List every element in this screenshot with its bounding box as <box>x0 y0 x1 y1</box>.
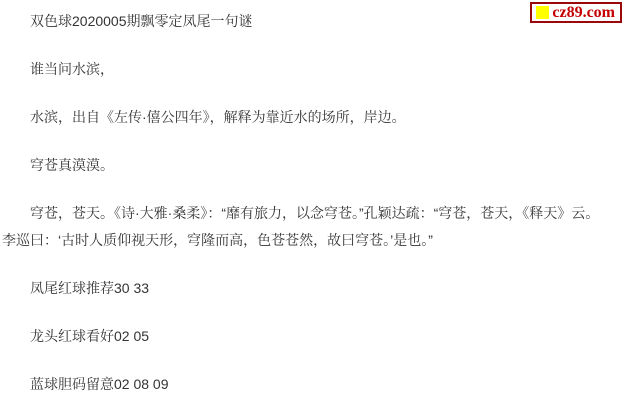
explanation-qiongcang: 穹苍，苍天。《诗·大雅·桑柔》：“靡有旅力，以念穹苍。”孔颖达疏：“穹苍，苍天，… <box>2 200 612 254</box>
riddle-line-1: 谁当问水滨， <box>2 56 612 83</box>
blue-ball-recommendation: 蓝球胆码留意02 08 09 <box>2 371 612 398</box>
riddle-line-2: 穹苍真漠漠。 <box>2 152 612 179</box>
article-page: cz89.com 双色球2020005期飘零定凤尾一句谜 谁当问水滨， 水滨，出… <box>0 0 623 411</box>
longtou-red-ball-recommendation: 龙头红球看好02 05 <box>2 323 612 350</box>
site-logo-text: cz89.com <box>552 4 615 21</box>
yellow-square-icon <box>536 6 549 19</box>
page-title: 双色球2020005期飘零定凤尾一句谜 <box>2 8 612 35</box>
fengwei-red-ball-recommendation: 凤尾红球推荐30 33 <box>2 275 612 302</box>
explanation-shuibin: 水滨，出自《左传·僖公四年》，解释为靠近水的场所，岸边。 <box>2 104 612 131</box>
site-logo[interactable]: cz89.com <box>530 2 622 23</box>
